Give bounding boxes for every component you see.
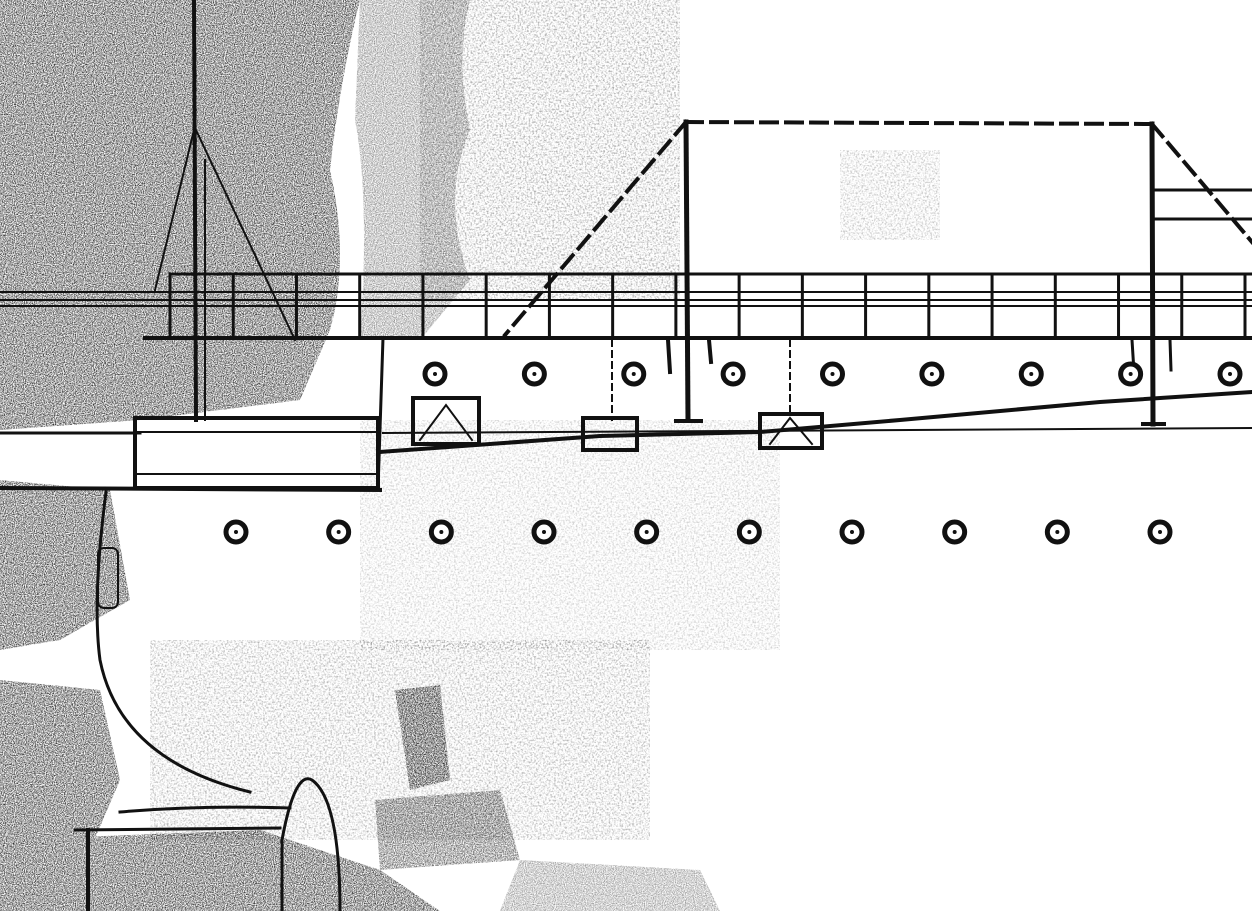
drawing-canvas [0, 0, 1252, 911]
